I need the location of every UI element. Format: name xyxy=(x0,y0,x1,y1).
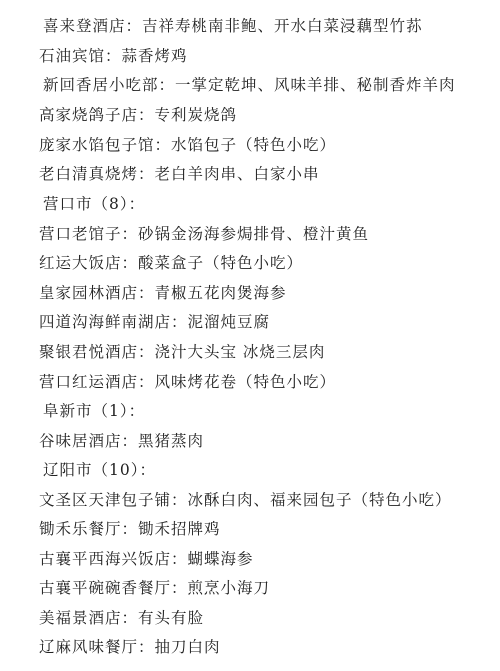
restaurant-entry: 营口老馆子：砂锅金汤海参焗排骨、橙汁黄鱼 xyxy=(39,224,369,244)
restaurant-entry: 美福景酒店：有头有脸 xyxy=(39,608,204,628)
document-page: 喜来登酒店：吉祥寿桃南非鲍、开水白菜浸藕型竹荪 石油宾馆：蒜香烤鸡 新回香居小吃… xyxy=(0,0,500,671)
restaurant-entry: 高家烧鸽子店：专利炭烧鸽 xyxy=(39,105,237,125)
city-heading: 营口市（8）： xyxy=(43,194,145,214)
restaurant-entry: 石油宾馆：蒜香烤鸡 xyxy=(39,46,188,66)
restaurant-entry: 皇家园林酒店：青椒五花肉煲海参 xyxy=(39,283,287,303)
restaurant-entry: 聚银君悦酒店：浇汁大头宝 冰烧三层肉 xyxy=(39,342,325,362)
restaurant-entry: 辽麻风味餐厅：抽刀白肉 xyxy=(39,637,221,657)
restaurant-entry: 文圣区天津包子铺：冰酥白肉、福来园包子（特色小吃） xyxy=(39,490,452,510)
restaurant-entry: 老白清真烧烤：老白羊肉串、白家小串 xyxy=(39,164,320,184)
city-heading: 阜新市（1）： xyxy=(43,401,145,421)
restaurant-entry: 营口红运酒店：风味烤花卷（特色小吃） xyxy=(39,372,336,392)
restaurant-entry: 新回香居小吃部：一掌定乾坤、风味羊排、秘制香炸羊肉 xyxy=(43,75,456,95)
restaurant-entry: 庞家水馅包子馆：水馅包子（特色小吃） xyxy=(39,135,336,155)
restaurant-entry: 谷味居酒店：黑猪蒸肉 xyxy=(39,431,204,451)
city-heading: 辽阳市（10）： xyxy=(43,460,156,480)
restaurant-entry: 锄禾乐餐厅：锄禾招牌鸡 xyxy=(39,519,221,539)
restaurant-entry: 古襄平西海兴饭店：蝴蝶海参 xyxy=(39,549,254,569)
restaurant-entry: 古襄平碗碗香餐厅：煎烹小海刀 xyxy=(39,578,270,598)
restaurant-entry: 四道沟海鲜南湖店：泥溜炖豆腐 xyxy=(39,312,270,332)
restaurant-entry: 红运大饭店：酸菜盒子（特色小吃） xyxy=(39,253,303,273)
restaurant-entry: 喜来登酒店：吉祥寿桃南非鲍、开水白菜浸藕型竹荪 xyxy=(43,16,423,36)
